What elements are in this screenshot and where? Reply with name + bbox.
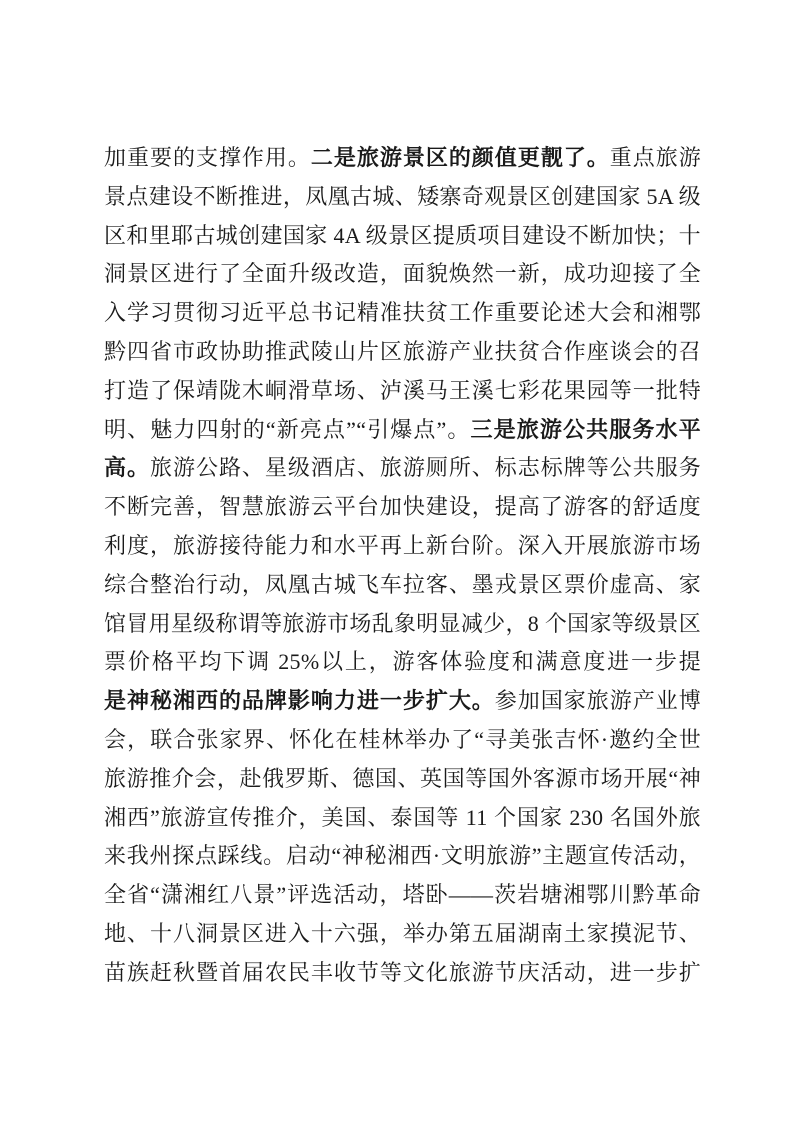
text-run: 馆冒用星级称谓等旅游市场乱象明显减少，8 个国家等级景区门 <box>104 611 701 644</box>
text-line: 区和里耶古城创建国家 4A 级景区提质项目建设不断加快；十八 <box>104 217 701 256</box>
text-run: 景点建设不断推进，凤凰古城、矮寨奇观景区创建国家 5A 级景 <box>104 184 701 217</box>
text-line: 全省“潇湘红八景”评选活动，塔卧——茨岩塘湘鄂川黔革命根据 <box>104 876 701 915</box>
text-run: 票价格平均下调 25%以上，游客体验度和满意度进一步提升。 <box>104 649 701 682</box>
text-run: 全省“潇湘红八景”评选活动，塔卧——茨岩塘湘鄂川黔革命根据 <box>104 882 701 915</box>
text-run: 湘西”旅游宣传推介，美国、泰国等 11 个国家 230 名国外旅行商 <box>104 805 701 838</box>
text-line: 不断完善，智慧旅游云平台加快建设，提高了游客的舒适度和便 <box>104 488 701 527</box>
text-run: 黔四省市政协助推武陵山片区旅游产业扶贫合作座谈会的召开； <box>104 339 701 372</box>
text-run: 会，联合张家界、怀化在桂林举办了“寻美张吉怀·邀约全世界” <box>104 727 701 760</box>
text-run: 苗族赶秋暨首届农民丰收节等文化旅游节庆活动，进一步扩大了 <box>104 960 701 993</box>
text-line: 黔四省市政协助推武陵山片区旅游产业扶贫合作座谈会的召开； <box>104 333 701 372</box>
text-line: 会，联合张家界、怀化在桂林举办了“寻美张吉怀·邀约全世界” <box>104 721 701 760</box>
text-line: 来我州探点踩线。启动“神秘湘西·文明旅游”主题宣传活动，参加 <box>104 837 701 876</box>
text-run: 区和里耶古城创建国家 4A 级景区提质项目建设不断加快；十八 <box>104 223 701 256</box>
text-line: 地、十八洞景区进入十六强，举办第五届湖南土家摸泥节、湘西 <box>104 915 701 954</box>
document-page: 加重要的支撑作用。二是旅游景区的颜值更靓了。重点旅游景区景点建设不断推进，凤凰古… <box>0 0 793 1122</box>
bold-text-run: 是神秘湘西的品牌影响力进一步扩大。 <box>104 688 495 713</box>
text-run: 加重要的支撑作用。 <box>104 145 311 170</box>
text-run: 旅游推介会，赴俄罗斯、德国、英国等国外客源市场开展“神秘 <box>104 766 701 799</box>
text-run: 入学习贯彻习近平总书记精准扶贫工作重要论述大会和湘鄂渝 <box>104 300 701 333</box>
text-run: 不断完善，智慧旅游云平台加快建设，提高了游客的舒适度和便 <box>104 494 701 527</box>
text-line: 利度，旅游接待能力和水平再上新台阶。深入开展旅游市场秩序 <box>104 527 701 566</box>
document-body-text: 加重要的支撑作用。二是旅游景区的颜值更靓了。重点旅游景区景点建设不断推进，凤凰古… <box>104 139 701 993</box>
text-run: 旅游公路、星级酒店、旅游厕所、标志标牌等公共服务设施 <box>104 455 701 488</box>
text-line: 加重要的支撑作用。二是旅游景区的颜值更靓了。重点旅游景区 <box>104 139 701 178</box>
text-line: 是神秘湘西的品牌影响力进一步扩大。参加国家旅游产业博览 <box>104 682 701 721</box>
text-line: 综合整治行动，凤凰古城飞车拉客、墨戎景区票价虚高、家庭旅 <box>104 566 701 605</box>
text-line: 馆冒用星级称谓等旅游市场乱象明显减少，8 个国家等级景区门 <box>104 605 701 644</box>
bold-text-run: 二是旅游景区的颜值更靓了。 <box>311 145 610 170</box>
text-run: 地、十八洞景区进入十六强，举办第五届湖南土家摸泥节、湘西 <box>104 921 701 954</box>
text-run: 明、魅力四射的“新亮点”“引爆点”。 <box>104 417 471 442</box>
text-run: 打造了保靖陇木峒滑草场、泸溪马王溪七彩花果园等一批特色鲜 <box>104 378 701 411</box>
text-line: 票价格平均下调 25%以上，游客体验度和满意度进一步提升。四 <box>104 643 701 682</box>
text-line: 洞景区进行了全面升级改造，面貌焕然一新，成功迎接了全省深 <box>104 255 701 294</box>
text-line: 湘西”旅游宣传推介，美国、泰国等 11 个国家 230 名国外旅行商 <box>104 799 701 838</box>
text-line: 明、魅力四射的“新亮点”“引爆点”。三是旅游公共服务水平在提 <box>104 411 701 450</box>
text-run: 利度，旅游接待能力和水平再上新台阶。深入开展旅游市场秩序 <box>104 533 701 566</box>
text-run: 洞景区进行了全面升级改造，面貌焕然一新，成功迎接了全省深 <box>104 261 701 294</box>
text-line: 苗族赶秋暨首届农民丰收节等文化旅游节庆活动，进一步扩大了 <box>104 954 701 993</box>
text-line: 景点建设不断推进，凤凰古城、矮寨奇观景区创建国家 5A 级景 <box>104 178 701 217</box>
text-line: 入学习贯彻习近平总书记精准扶贫工作重要论述大会和湘鄂渝 <box>104 294 701 333</box>
text-line: 高。旅游公路、星级酒店、旅游厕所、标志标牌等公共服务设施 <box>104 449 701 488</box>
text-run: 综合整治行动，凤凰古城飞车拉客、墨戎景区票价虚高、家庭旅 <box>104 572 701 605</box>
text-run: 来我州探点踩线。启动“神秘湘西·文明旅游”主题宣传活动，参加 <box>104 843 701 876</box>
bold-text-run: 高。 <box>104 455 150 480</box>
text-line: 旅游推介会，赴俄罗斯、德国、英国等国外客源市场开展“神秘 <box>104 760 701 799</box>
text-line: 打造了保靖陇木峒滑草场、泸溪马王溪七彩花果园等一批特色鲜 <box>104 372 701 411</box>
